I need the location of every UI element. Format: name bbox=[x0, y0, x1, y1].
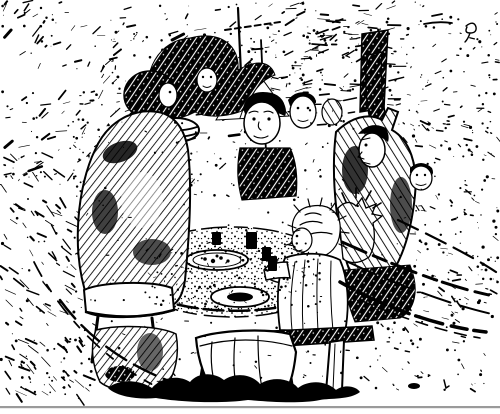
peeking-face bbox=[197, 68, 217, 92]
back-shade-3 bbox=[133, 239, 171, 265]
central-face-eye-right bbox=[267, 117, 270, 120]
small-face bbox=[410, 166, 432, 190]
central-figure-body bbox=[238, 148, 297, 200]
side-face-eye-left bbox=[297, 107, 300, 110]
far-right-head bbox=[322, 99, 342, 125]
peeking-face-eye-left bbox=[202, 76, 204, 78]
side-face bbox=[290, 96, 316, 128]
back-figure-face-hint bbox=[159, 83, 177, 107]
left-foot-blob bbox=[105, 366, 135, 382]
top-right-dashes bbox=[424, 14, 452, 24]
small-face-eye-right bbox=[424, 174, 426, 176]
side-face-eye-right bbox=[307, 107, 310, 110]
illustration-canvas bbox=[0, 0, 500, 414]
child-eye bbox=[296, 235, 299, 238]
central-face-eye-left bbox=[252, 117, 255, 120]
back-figure-left bbox=[78, 71, 190, 310]
raised-arm-figure bbox=[334, 30, 433, 322]
child-cup bbox=[268, 256, 277, 271]
peeking-face-eye-right bbox=[210, 76, 212, 78]
shadow-speck bbox=[408, 383, 420, 389]
shadow-mark bbox=[444, 380, 449, 388]
small-face-eye-left bbox=[416, 174, 418, 176]
ink-drawing bbox=[0, 0, 500, 414]
right-face-eye bbox=[365, 144, 368, 147]
back-shade-2 bbox=[92, 190, 118, 234]
back-figure-eye bbox=[169, 91, 172, 94]
baseline-rule bbox=[0, 406, 500, 408]
left-legs-shade bbox=[137, 333, 163, 371]
back-highlight bbox=[121, 172, 163, 228]
